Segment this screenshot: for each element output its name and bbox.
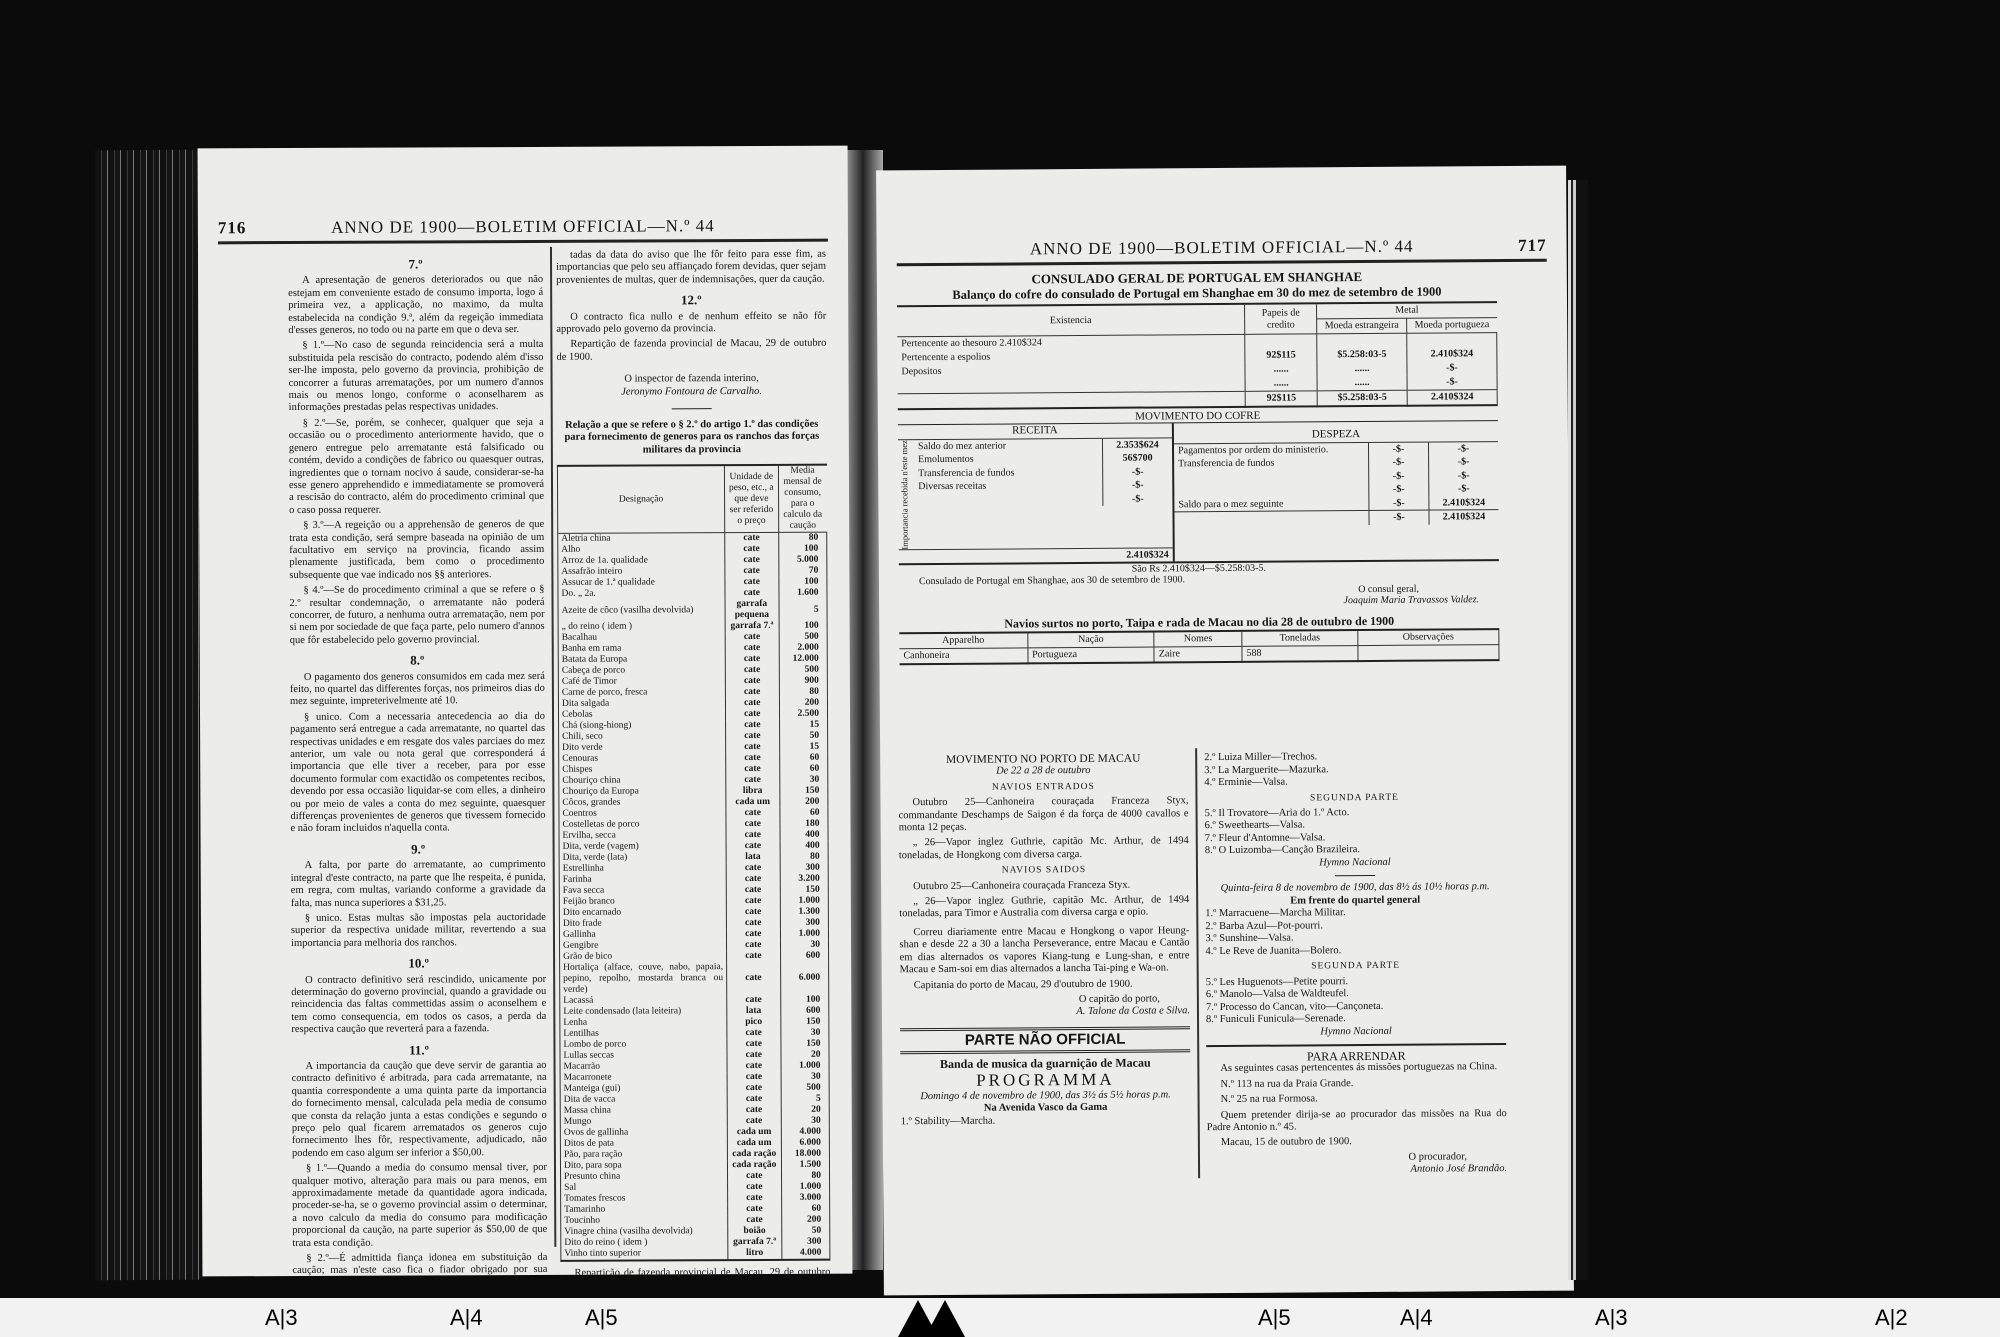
cell-media: 70	[779, 566, 827, 577]
cell-designacao: Chouriço da Europa	[559, 786, 726, 798]
balance-cell	[1317, 333, 1407, 348]
left-column-relation: tadas da data do aviso que lhe fôr feito…	[556, 249, 831, 1277]
cell-media: 30	[781, 1072, 829, 1083]
despeza-value: -$-	[1428, 469, 1498, 483]
despeza-value: -$-	[1368, 496, 1428, 510]
cell-media: 30	[779, 775, 827, 786]
cell-media: 80	[778, 532, 826, 544]
cell-media: 20	[781, 1050, 829, 1061]
cell-unidade: cate	[726, 896, 780, 907]
balance-cell: ......	[1317, 362, 1407, 377]
movimento-cofre: RECEITA Importancia recebida n'este mez …	[898, 421, 1499, 566]
cell-unidade: garrafa 7.ª	[725, 621, 779, 632]
running-head-title: ANNO DE 1900—BOLETIM OFFICIAL—N.º 44	[897, 236, 1547, 261]
despeza-row: Saldo para o mez seguinte-$-2.410$324	[1174, 496, 1498, 512]
arrendar-intro: As seguintes casas pertencentes ás missõ…	[1206, 1061, 1506, 1076]
cell-media: 80	[781, 1171, 829, 1182]
cell-media: 2.500	[779, 709, 827, 720]
cell-unidade: cada ração	[727, 1160, 781, 1171]
navios-cell: Zaire	[1154, 647, 1242, 663]
cell-designacao: Ditos de pata	[561, 1138, 728, 1150]
movimento-porto: MOVIMENTO NO PORTO DE MACAU De 22 a 28 d…	[898, 752, 1191, 1128]
cell-designacao: Banha em rama	[559, 643, 726, 655]
cell-unidade: pico	[727, 1017, 781, 1028]
cell-unidade: cate	[725, 676, 779, 687]
cell-media: 1.500	[781, 1160, 829, 1171]
receita-value: -$-	[1102, 478, 1172, 492]
cell-media: 180	[780, 819, 828, 830]
cell-media: 500	[779, 665, 827, 676]
despeza-label: Saldo para o mez seguinte	[1174, 496, 1368, 511]
despeza-value: -$-	[1368, 456, 1428, 470]
cell-designacao: Azeite de côco (vasilha devolvida)	[559, 599, 726, 622]
cell-designacao: Dito frade	[560, 918, 727, 930]
film-mark: A|4	[450, 1305, 483, 1331]
cell-media: 150	[780, 1017, 828, 1028]
signer-name: Jeronymo Fontoura de Carvalho.	[557, 385, 827, 399]
film-strip	[0, 1298, 2000, 1337]
continuation-text: tadas da data do aviso que lhe fôr feito…	[556, 249, 826, 287]
section-heading: 7.º	[288, 258, 543, 272]
balance-cell: 92$115	[1245, 348, 1317, 363]
cell-designacao: Dita, verde (lata)	[560, 852, 727, 864]
cell-unidade: boião	[728, 1226, 782, 1237]
arrendar-contact: Quem pretender dirija-se ao procurador d…	[1207, 1108, 1507, 1135]
paragraph: A importancia da caução que deve servir …	[292, 1060, 547, 1160]
cell-media: 6.000	[780, 962, 828, 995]
porto-place-date: Capitania do porto de Macau, 29 d'outubr…	[900, 978, 1190, 992]
table-row: Azeite de côco (vasilha devolvida)garraf…	[559, 599, 828, 622]
cell-unidade: libra	[726, 786, 780, 797]
cell-designacao: Massa china	[561, 1105, 728, 1117]
despeza-value: -$-	[1368, 483, 1428, 497]
cell-media: 3.000	[781, 1193, 829, 1204]
despeza-label	[1174, 483, 1368, 498]
cell-media: 900	[779, 676, 827, 687]
navios-header: Toneladas	[1242, 631, 1358, 646]
cell-designacao: Leite condensado (lata leiteira)	[560, 1006, 727, 1018]
cell-unidade: cate	[726, 819, 780, 830]
cell-media: 20	[781, 1105, 829, 1116]
cell-designacao: Arroz de 1a. qualidade	[558, 555, 725, 567]
cell-designacao: Gallinha	[560, 929, 727, 941]
column-divider	[550, 247, 556, 1247]
receita-label: Emolumentos	[914, 452, 1102, 467]
cell-designacao: Cebolas	[559, 709, 726, 721]
signer-title: O inspector de fazenda interino,	[557, 373, 827, 387]
despeza-total-1: -$-	[1368, 511, 1428, 525]
cell-media: 15	[779, 720, 827, 731]
despeza-title: DESPEZA	[1174, 421, 1498, 444]
header-existencia: Existencia	[897, 305, 1245, 337]
cell-designacao: Tomates frescos	[561, 1193, 728, 1205]
cell-media: 1.000	[781, 1061, 829, 1072]
balance-cell: $5.258:03-5	[1317, 348, 1407, 363]
cell-unidade: cate	[726, 929, 780, 940]
cell-unidade: cate	[725, 544, 779, 555]
cell-unidade: cate	[727, 1083, 781, 1094]
navios-cell: Portugueza	[1028, 647, 1155, 663]
cell-unidade: cate	[727, 1050, 781, 1061]
cell-designacao: Hortaliça (alface, couve, nabo, papaia, …	[560, 962, 727, 996]
cell-media: 200	[781, 1215, 829, 1226]
cell-designacao: Pão, para ração	[561, 1149, 728, 1161]
cell-unidade: garrafa 7.ª	[728, 1237, 782, 1248]
cell-media: 60	[779, 764, 827, 775]
cell-designacao: Cenouras	[559, 753, 726, 765]
paragraph: § 1.º—Quando a media do consumo mensal t…	[292, 1162, 547, 1250]
cell-designacao: „ do reino ( idem )	[559, 621, 726, 633]
navios-cell	[1358, 645, 1499, 661]
cell-unidade: cate	[726, 808, 780, 819]
cell-unidade: cate	[725, 665, 779, 676]
header-estrangeira: Moeda estrangeira	[1317, 318, 1407, 334]
cell-designacao: Dita, verde (vagem)	[560, 841, 727, 853]
film-mark: A|3	[1595, 1305, 1628, 1331]
cell-designacao: Lenha	[560, 1017, 727, 1029]
balance-cell	[1245, 334, 1317, 349]
cell-media: 150	[780, 885, 828, 896]
cell-media: 12.000	[779, 654, 827, 665]
section-heading: 10.º	[291, 957, 546, 971]
cell-unidade: cate	[726, 940, 780, 951]
navios-header: Nação	[1027, 633, 1154, 648]
running-head-right: ANNO DE 1900—BOLETIM OFFICIAL—N.º 44 717	[897, 236, 1547, 267]
receita-label	[914, 492, 1102, 507]
cell-unidade: cate	[727, 1105, 781, 1116]
paragraph: § 4.º—Se do procedimento criminal a que …	[289, 584, 544, 647]
programma-title: PROGRAMMA	[900, 1073, 1190, 1087]
porto-signer-name: A. Talone da Costa e Silva.	[900, 1006, 1190, 1020]
cell-unidade: cate	[725, 555, 779, 566]
navios-cell: Canhoneira	[899, 648, 1027, 664]
cell-media: 100	[779, 577, 827, 588]
cell-designacao: Cabeça de porco	[559, 665, 726, 677]
hymno-1: Hymno Nacional	[1205, 856, 1505, 871]
table-row: Vinho tinto superiorlitro4.000	[561, 1248, 830, 1260]
cell-media: 6.000	[781, 1138, 829, 1149]
cell-media: 100	[780, 995, 828, 1006]
rations-table: Designação Unidade de peso, etc., a que …	[557, 464, 830, 1262]
cell-unidade: cate	[725, 588, 779, 599]
cell-designacao: Bacalhau	[559, 632, 726, 644]
book-spine-left	[95, 150, 205, 1281]
balance-cell: -$-	[1407, 361, 1497, 376]
cell-unidade: cate	[728, 1193, 782, 1204]
entrado-2: „ 26—Vapor inglez Guthrie, capitão Mc. A…	[899, 836, 1189, 863]
cell-unidade: garrafa pequena	[725, 599, 779, 621]
film-mark: A|5	[585, 1305, 618, 1331]
cell-media: 60	[779, 753, 827, 764]
relation-title: Relação a que se refere o § 2.º do artig…	[557, 419, 827, 457]
cell-designacao: Macarrão	[561, 1061, 728, 1073]
col-header-media: Media mensal de consumo, para o calculo …	[778, 466, 827, 533]
cell-unidade: cate	[727, 1116, 781, 1127]
saido-1: Outubro 25—Canhoneira couraçada Franceza…	[899, 879, 1189, 893]
cell-unidade: cate	[727, 1028, 781, 1039]
cell-designacao: Dita de vacca	[561, 1094, 728, 1106]
despeza-value: -$-	[1368, 442, 1428, 456]
cell-designacao: Dito encarnado	[560, 907, 727, 919]
cell-designacao: Estrellinha	[560, 863, 727, 875]
cell-unidade: cate	[725, 654, 779, 665]
running-head-title: ANNO DE 1900—BOLETIM OFFICIAL—N.º 44	[218, 216, 828, 239]
cell-designacao: Presunto china	[561, 1171, 728, 1183]
paragraph: O pagamento dos generos consumidos em ca…	[290, 671, 545, 709]
header-metal: Metal	[1317, 303, 1497, 319]
column-divider	[1195, 748, 1200, 1178]
cell-designacao: Carne de porco, fresca	[559, 687, 726, 699]
cell-unidade: cate	[727, 1072, 781, 1083]
cell-designacao: Dito, para sopa	[561, 1160, 728, 1172]
cell-media: 4.000	[782, 1248, 830, 1259]
receita-value: -$-	[1102, 492, 1172, 506]
cell-media: 30	[781, 1116, 829, 1127]
receita-value: -$-	[1102, 465, 1172, 479]
cell-unidade: cada um	[726, 797, 780, 808]
cell-designacao: Vinagre china (vasilha devolvida)	[561, 1226, 728, 1238]
despeza-value: -$-	[1428, 442, 1498, 456]
entrados-title: NAVIOS ENTRADOS	[898, 780, 1188, 794]
cell-media: 150	[779, 786, 827, 797]
cell-unidade: cate	[725, 533, 779, 545]
despeza-label	[1174, 469, 1368, 484]
cell-unidade: cada um	[727, 1127, 781, 1138]
cell-designacao: Gengibre	[560, 940, 727, 952]
cell-designacao: Chouriço china	[559, 775, 726, 787]
despeza-value: 2.410$324	[1428, 496, 1498, 510]
receita-row: -$-	[914, 492, 1172, 507]
cell-unidade: cate	[725, 632, 779, 643]
cell-unidade: cate	[726, 885, 780, 896]
cell-media: 5	[781, 1094, 829, 1105]
navios-cell: 588	[1242, 646, 1358, 662]
cell-unidade: cate	[726, 753, 780, 764]
balance-cell: ......	[1245, 376, 1317, 391]
cell-unidade: cate	[728, 1215, 782, 1226]
paragraph: O contracto definitivo será rescindido, …	[291, 973, 546, 1036]
section-12-text: O contracto fica nullo e de nenhum effei…	[556, 310, 826, 336]
film-mark: A|5	[1258, 1305, 1291, 1331]
col-header-unidade: Unidade de peso, etc., a que deve ser re…	[724, 466, 778, 533]
cell-designacao: Aletria china	[558, 533, 725, 545]
cell-designacao: Manteiga (gui)	[561, 1083, 728, 1095]
header-portugueza: Moeda portugueza	[1407, 318, 1497, 334]
porto-note: Correu diariamente entre Macau e Hongkon…	[899, 925, 1189, 977]
totals-label	[898, 391, 1246, 409]
cell-designacao: Farinha	[560, 874, 727, 886]
cell-designacao: Costelletas de porco	[559, 819, 726, 831]
cell-media: 2.000	[779, 643, 827, 654]
place-date: Repartição de fazenda provincial de Maca…	[556, 338, 826, 364]
arrendar-item-2: N.º 25 na rua Formosa.	[1207, 1092, 1507, 1107]
receita-label: Transferencia de fundos	[914, 465, 1102, 480]
hymno-2: Hymno Nacional	[1206, 1025, 1506, 1040]
cell-designacao: Lentilhas	[560, 1028, 727, 1040]
cell-unidade: cate	[726, 742, 780, 753]
footer-place-date: Repartição de fazenda provincial de Maca…	[560, 1267, 830, 1276]
cell-unidade: lata	[727, 1006, 781, 1017]
total-cell: 92$115	[1245, 391, 1317, 407]
section-heading: 9.º	[291, 843, 546, 857]
cell-designacao: Vinho tinto superior	[561, 1248, 728, 1260]
cell-designacao: Do. „ 2a.	[558, 588, 725, 600]
navios-header: Observações	[1358, 630, 1499, 645]
consulado-section: CONSULADO GERAL DE PORTUGAL EM SHANGHAE …	[897, 268, 1500, 666]
banda-title: Banda de musica da guarnição de Macau	[900, 1056, 1190, 1070]
despeza-value: -$-	[1428, 482, 1498, 496]
balance-cell: ......	[1245, 362, 1317, 377]
divider	[672, 408, 712, 409]
cell-unidade: cate	[727, 1094, 781, 1105]
receita-value: 56$700	[1102, 451, 1172, 465]
total-cell: 2.410$324	[1407, 390, 1497, 406]
cell-media: 4.000	[781, 1127, 829, 1138]
arrendar-item-1: N.º 113 na rua da Praia Grande.	[1206, 1077, 1506, 1092]
cell-unidade: cate	[725, 643, 779, 654]
cell-designacao: Feijão branco	[560, 896, 727, 908]
cell-designacao: Ovos de gallinha	[561, 1127, 728, 1139]
cell-unidade: cate	[727, 1039, 781, 1050]
cell-unidade: cate	[728, 1204, 782, 1215]
cell-media: 3.200	[780, 874, 828, 885]
balance-cell: 2.410$324	[1407, 347, 1497, 362]
balance-cell: ......	[1317, 376, 1407, 391]
cell-media: 60	[780, 808, 828, 819]
despeza-label: Pagamentos por ordem do ministerio.	[1174, 442, 1368, 457]
despeza-block: DESPEZA Pagamentos por ordem do minister…	[1174, 421, 1499, 562]
navios-header: Apparelho	[899, 634, 1027, 649]
cell-designacao: Lombo de porco	[560, 1039, 727, 1051]
cell-designacao: Dito do reino ( idem )	[561, 1237, 728, 1249]
cell-media: 30	[780, 940, 828, 951]
cell-media: 80	[779, 687, 827, 698]
cell-unidade: cate	[726, 918, 780, 929]
cell-media: 30	[781, 1028, 829, 1039]
receita-label: Diversas receitas	[914, 479, 1102, 494]
cell-designacao: Sal	[561, 1182, 728, 1194]
cell-unidade: cate	[727, 1171, 781, 1182]
programma-continued: 2.º Luiza Miller—Trechos.3.º La Margueri…	[1204, 750, 1507, 1178]
cell-media: 80	[780, 852, 828, 863]
programme-item: 4.º Erminie—Valsa.	[1204, 775, 1504, 790]
cell-designacao: Côcos, grandes	[559, 797, 726, 809]
totals-row: 92$115$5.258:03-52.410$324	[898, 390, 1498, 410]
cell-media: 600	[780, 951, 828, 962]
cell-unidade: cate	[726, 720, 780, 731]
cell-designacao: Assafrão inteiro	[558, 566, 725, 578]
table-row: Hortaliça (alface, couve, nabo, papaia, …	[560, 962, 829, 996]
saido-2: „ 26—Vapor inglez Guthrie, capitão Mc. A…	[899, 894, 1189, 921]
paragraph: § unico. Com a necessaria antecedencia a…	[290, 711, 546, 836]
cell-media: 500	[779, 632, 827, 643]
cell-media: 100	[779, 621, 827, 632]
cell-designacao: Toucinho	[561, 1215, 728, 1227]
cell-unidade: cate	[728, 1182, 782, 1193]
cell-media: 200	[780, 797, 828, 808]
receita-total: 2.410$324	[899, 547, 1173, 563]
total-cell: $5.258:03-5	[1317, 390, 1407, 406]
despeza-total-2: 2.410$324	[1428, 510, 1498, 524]
cell-designacao: Café de Timor	[559, 676, 726, 688]
cell-unidade: cate	[727, 962, 781, 995]
cell-unidade: cate	[726, 830, 780, 841]
cell-media: 1.000	[780, 929, 828, 940]
book-edge-right	[1568, 180, 1588, 1280]
film-mark: A|3	[265, 1305, 298, 1331]
receita-label: Saldo do mez anterior	[914, 438, 1102, 453]
cell-media: 50	[779, 731, 827, 742]
cell-unidade: cate	[726, 731, 780, 742]
cell-media: 1.600	[779, 588, 827, 599]
cell-designacao: Mungo	[561, 1116, 728, 1128]
cell-designacao: Lullas seccas	[560, 1050, 727, 1062]
cell-media: 400	[780, 841, 828, 852]
left-page: 716 ANNO DE 1900—BOLETIM OFFICIAL—N.º 44…	[198, 146, 853, 1277]
cell-unidade: cate	[725, 709, 779, 720]
cell-unidade: cate	[726, 764, 780, 775]
cell-unidade: cate	[726, 907, 780, 918]
paragraph: § 2.º—É admittida fiança idonea em subst…	[292, 1252, 547, 1276]
cell-designacao: Assucar de 1.ª qualidade	[558, 577, 725, 589]
cell-unidade: cate	[726, 841, 780, 852]
running-head-left: 716 ANNO DE 1900—BOLETIM OFFICIAL—N.º 44	[218, 216, 828, 245]
paragraph: § 2.º—Se, porém, se conhecer, qualquer q…	[289, 417, 544, 517]
arrendar-place-date: Macau, 15 de outubro de 1900.	[1207, 1135, 1507, 1150]
concert1-item-1: 1.º Stability—Marcha.	[901, 1114, 1191, 1129]
cell-unidade: cate	[725, 687, 779, 698]
cell-media: 18.000	[781, 1149, 829, 1160]
cell-unidade: cate	[727, 951, 781, 962]
cell-designacao: Dito verde	[559, 742, 726, 754]
cell-media: 150	[781, 1039, 829, 1050]
cell-designacao: Chili, seco	[559, 731, 726, 743]
cell-media: 400	[780, 830, 828, 841]
concert1-when: Domingo 4 de novembro de 1900, das 3½ ás…	[901, 1089, 1191, 1103]
cell-media: 50	[781, 1226, 829, 1237]
cell-unidade: litro	[728, 1248, 782, 1259]
segunda-parte-1: SEGUNDA PARTE	[1204, 791, 1504, 806]
page-number: 717	[1518, 236, 1547, 256]
cell-media: 5.000	[778, 555, 826, 566]
cell-unidade: cada um	[727, 1138, 781, 1149]
section-heading-12: 12.º	[556, 294, 826, 308]
cell-unidade: cate	[725, 566, 779, 577]
cell-designacao: Chá (siong-hiong)	[559, 720, 726, 732]
cell-media: 300	[780, 863, 828, 874]
cell-designacao: Alho	[558, 544, 725, 556]
despeza-label: Transferencia de fundos	[1174, 456, 1368, 471]
section-heading: 8.º	[290, 654, 545, 668]
paragraph: § 3.º—A regeição ou a apprehensão de gen…	[289, 519, 544, 582]
cell-designacao: Macarronete	[561, 1072, 728, 1084]
cell-designacao: Batata da Europa	[559, 654, 726, 666]
cell-media: 200	[779, 698, 827, 709]
entrado-1: Outubro 25—Canhoneira couraçada Franceza…	[898, 795, 1188, 834]
cell-unidade: cate	[727, 1061, 781, 1072]
receita-block: RECEITA Importancia recebida n'este mez …	[898, 423, 1175, 563]
table-row: CanhoneiraPortuguezaZaire588	[899, 645, 1499, 665]
paragraph: A falta, por parte do arrematante, ao cu…	[291, 859, 546, 910]
cell-media: 1.000	[781, 1182, 829, 1193]
porto-dates: De 22 a 28 de outubro	[898, 765, 1188, 779]
cell-designacao: Lacassá	[560, 995, 727, 1007]
balance-cell	[1407, 333, 1497, 348]
cell-unidade: cate	[726, 863, 780, 874]
cell-media: 300	[780, 918, 828, 929]
film-mark: A|2	[1875, 1305, 1908, 1331]
cell-designacao: Coentros	[559, 808, 726, 820]
